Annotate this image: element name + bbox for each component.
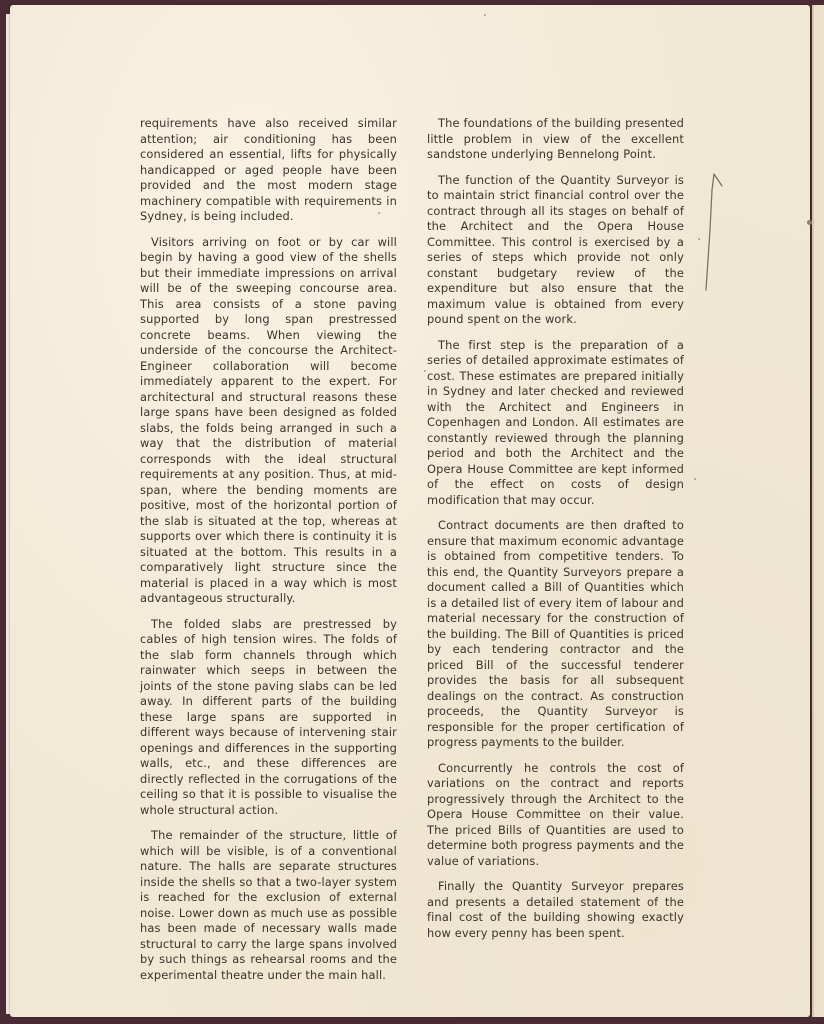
next-page-edge (814, 5, 824, 1017)
paragraph-concurrently: Concurrently he controls the cost of var… (427, 761, 684, 870)
paragraph-finally: Finally the Quantity Surveyor prepares a… (427, 879, 684, 941)
paragraph-remainder: The remainder of the structure, little o… (140, 828, 397, 983)
paper-speck (694, 478, 696, 480)
paper-speck (378, 212, 380, 214)
paragraph-foundations: The foundations of the building presente… (427, 116, 684, 163)
right-column: The foundations of the building presente… (427, 116, 684, 951)
paragraph-quantity-surveyor: The function of the Quantity Surveyor is… (427, 173, 684, 328)
pencil-annotation-icon (700, 170, 730, 295)
paragraph-contract-documents: Contract documents are then drafted to e… (427, 518, 684, 751)
paragraph-requirements: requirements have also received similar … (140, 116, 397, 225)
left-column: requirements have also received similar … (140, 116, 397, 993)
pin-hole-mark (807, 220, 812, 225)
paragraph-visitors: Visitors arriving on foot or by car will… (140, 235, 397, 607)
paper-speck (424, 370, 426, 372)
paper-speck (698, 238, 700, 240)
paragraph-first-step: The first step is the preparation of a s… (427, 338, 684, 509)
paper-speck (484, 14, 486, 16)
paragraph-folded-slabs: The folded slabs are prestressed by cabl… (140, 617, 397, 819)
document-page (10, 5, 810, 1017)
